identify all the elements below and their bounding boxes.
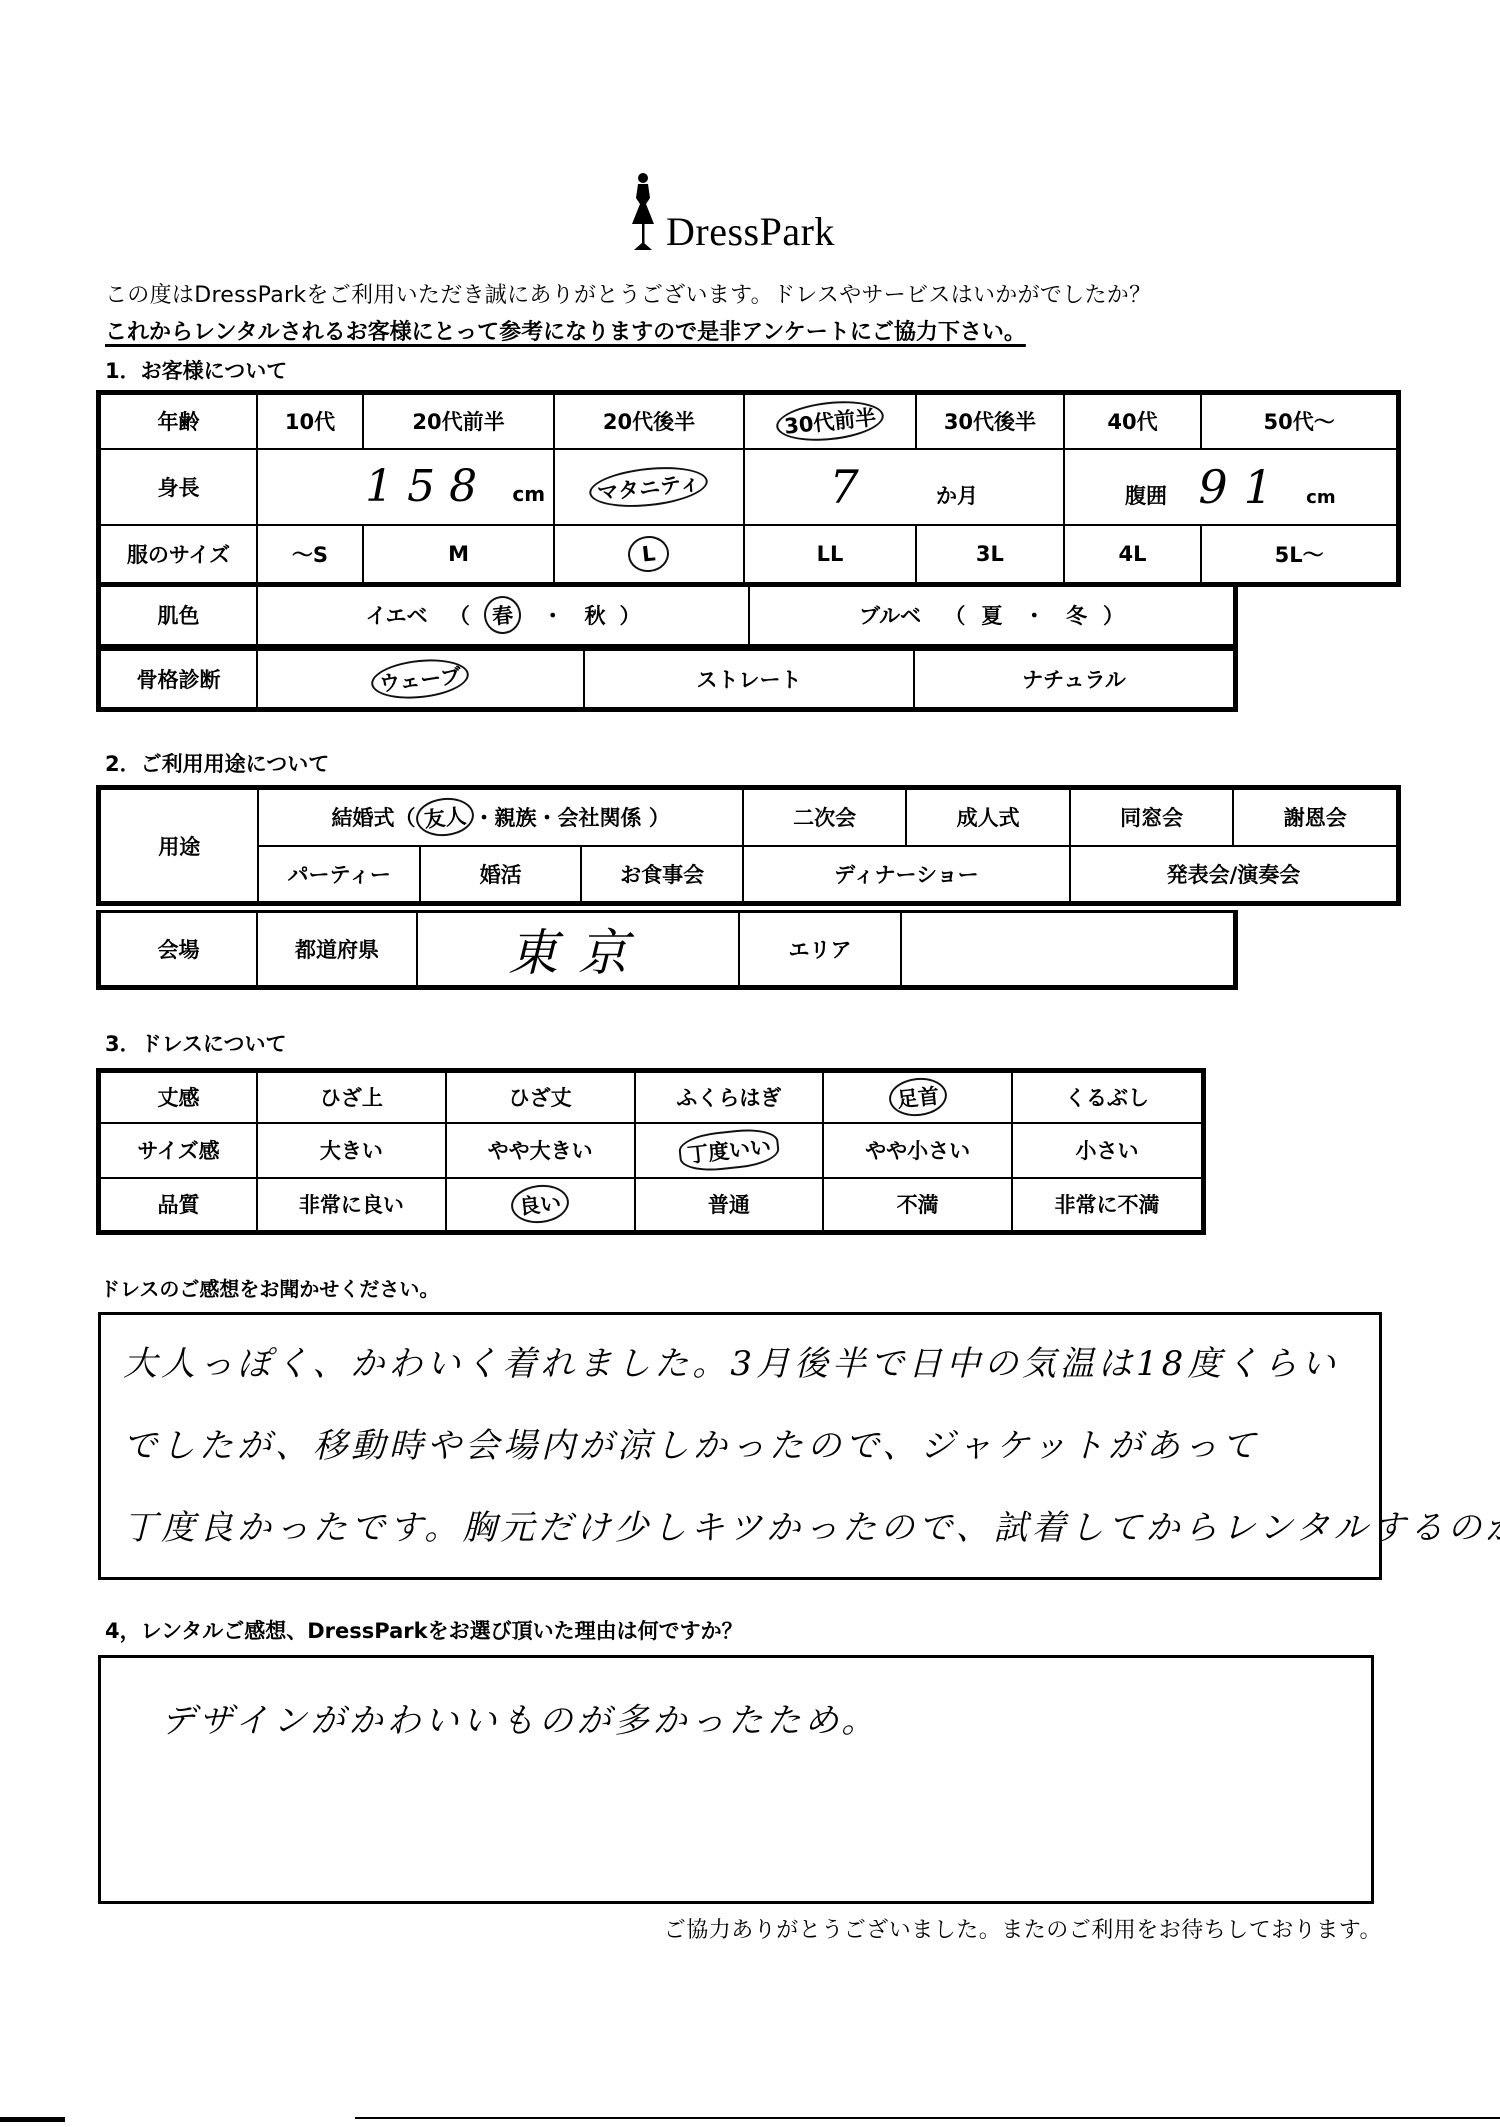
age-label: 年齢 bbox=[99, 393, 258, 449]
quality-option[interactable]: 普通 bbox=[635, 1178, 824, 1233]
size-option[interactable]: M bbox=[363, 525, 554, 585]
purpose-option[interactable]: パーティー bbox=[258, 846, 419, 904]
height-unit: cm bbox=[512, 482, 545, 506]
fit-option-selected[interactable]: 丁度いい bbox=[635, 1123, 824, 1178]
blue-base-field[interactable]: ブルベ （夏 ・ 冬） bbox=[749, 585, 1236, 647]
section2-title: 2．ご利用用途について bbox=[105, 748, 329, 778]
selected-circle: 友人 bbox=[414, 795, 476, 839]
skin-option-winter[interactable]: 冬 bbox=[1066, 604, 1087, 628]
dress-comment-box[interactable]: 大人っぽく、かわいく着れました。3月後半で日中の気温は18度くらい でしたが、移… bbox=[98, 1312, 1382, 1580]
brand-logo: DressPark bbox=[630, 172, 835, 252]
maternity-label: マタニティ bbox=[588, 461, 711, 511]
size-label: 服のサイズ bbox=[99, 525, 258, 585]
skeleton-option[interactable]: ナチュラル bbox=[914, 650, 1236, 710]
blue-base-label: ブルベ bbox=[859, 604, 921, 628]
height-label: 身長 bbox=[99, 449, 258, 525]
purpose-option[interactable]: 同窓会 bbox=[1070, 788, 1234, 846]
quality-option[interactable]: 非常に良い bbox=[257, 1178, 446, 1233]
fit-option[interactable]: やや小さい bbox=[823, 1123, 1012, 1178]
prefecture-label: 都道府県 bbox=[257, 912, 417, 988]
length-option[interactable]: ひざ上 bbox=[257, 1071, 446, 1123]
wedding-field[interactable]: 結婚式（友人・親族・会社関係 ） bbox=[258, 788, 742, 846]
selected-circle: ウェーブ bbox=[370, 655, 472, 703]
size-option[interactable]: 4L bbox=[1064, 525, 1202, 585]
intro-request: これからレンタルされるお客様にとって参考になりますので是非アンケートにご協力下さ… bbox=[105, 315, 1026, 346]
purpose-label: 用途 bbox=[99, 788, 259, 904]
selected-circle: 足首 bbox=[887, 1075, 949, 1119]
selected-circle: L bbox=[627, 534, 672, 574]
size-option[interactable]: ～S bbox=[257, 525, 363, 585]
maternity-option[interactable]: マタニティ bbox=[554, 449, 744, 525]
comment-prompt: ドレスのご感想をお聞かせください。 bbox=[100, 1273, 439, 1302]
length-option-selected[interactable]: 足首 bbox=[823, 1071, 1012, 1123]
dress-table: 丈感 ひざ上 ひざ丈 ふくらはぎ 足首 くるぶし サイズ感 大きい やや大きい … bbox=[96, 1068, 1206, 1235]
length-label: 丈感 bbox=[99, 1071, 258, 1123]
selected-circle: 丁度いい bbox=[677, 1126, 780, 1174]
closing-message: ご協力ありがとうございました。またのご利用をお待ちしております。 bbox=[664, 1913, 1382, 1944]
wedding-label: 結婚式 bbox=[332, 806, 395, 830]
skin-skeleton-table: 肌色 イエベ （春 ・ 秋） ブルベ （夏 ・ 冬） bbox=[96, 583, 1238, 649]
purpose-option[interactable]: 婚活 bbox=[420, 846, 581, 904]
size-option[interactable]: 3L bbox=[916, 525, 1063, 585]
quality-option[interactable]: 不満 bbox=[823, 1178, 1012, 1233]
length-option[interactable]: ひざ丈 bbox=[446, 1071, 635, 1123]
wedding-option[interactable]: 親族 bbox=[495, 806, 537, 830]
maternity-months-value: 7 bbox=[829, 460, 858, 514]
size-option[interactable]: 5L～ bbox=[1201, 525, 1398, 585]
length-option[interactable]: くるぶし bbox=[1012, 1071, 1203, 1123]
belly-field[interactable]: 腹囲 91 cm bbox=[1064, 449, 1399, 525]
length-option[interactable]: ふくらはぎ bbox=[635, 1071, 824, 1123]
comment-line: 大人っぽく、かわいく着れました。3月後半で日中の気温は18度くらい bbox=[123, 1323, 1365, 1405]
scan-artifact-line bbox=[0, 2117, 65, 2122]
months-unit: か月 bbox=[936, 484, 978, 508]
age-option[interactable]: 30代後半 bbox=[916, 393, 1063, 449]
fit-option[interactable]: やや大きい bbox=[446, 1123, 635, 1178]
purpose-option[interactable]: お食事会 bbox=[581, 846, 742, 904]
selected-circle: 春 bbox=[482, 594, 523, 636]
belly-value: 91 bbox=[1198, 460, 1289, 514]
purpose-option[interactable]: 成人式 bbox=[906, 788, 1070, 846]
quality-option-selected[interactable]: 良い bbox=[446, 1178, 635, 1233]
venue-label: 会場 bbox=[99, 912, 258, 988]
purpose-option[interactable]: 謝恩会 bbox=[1233, 788, 1398, 846]
purpose-option[interactable]: ディナーショー bbox=[743, 846, 1070, 904]
venue-table: 会場 都道府県 東京 エリア bbox=[96, 910, 1238, 990]
age-option[interactable]: 20代後半 bbox=[554, 393, 744, 449]
comment-line: 丁度良かったです。胸元だけ少しキツかったので、試着してからレンタルするのがいいで… bbox=[123, 1487, 1365, 1569]
area-label: エリア bbox=[739, 912, 901, 988]
section4-title: 4，レンタルご感想、DressParkをお選び頂いた理由は何ですか？ bbox=[105, 1615, 743, 1645]
area-field[interactable] bbox=[901, 912, 1236, 988]
size-option[interactable]: LL bbox=[744, 525, 916, 585]
section1-title: 1．お客様について bbox=[105, 355, 287, 385]
skeleton-option-selected[interactable]: ウェーブ bbox=[257, 650, 584, 710]
skeleton-table: 骨格診断 ウェーブ ストレート ナチュラル bbox=[96, 648, 1238, 712]
skin-label: 肌色 bbox=[99, 585, 258, 647]
prefecture-value: 東京 bbox=[508, 924, 648, 982]
yellow-base-label: イエベ bbox=[365, 604, 427, 628]
intro-text: この度はDressParkをご利用いただき誠にありがとうございます。ドレスやサー… bbox=[105, 278, 1151, 309]
quality-label: 品質 bbox=[99, 1178, 258, 1233]
usage-table: 用途 結婚式（友人・親族・会社関係 ） 二次会 成人式 同窓会 謝恩会 パーティ… bbox=[96, 785, 1401, 906]
belly-unit: cm bbox=[1306, 487, 1335, 508]
skin-option-autumn[interactable]: 秋 bbox=[585, 604, 606, 628]
fit-option[interactable]: 大きい bbox=[257, 1123, 446, 1178]
purpose-option[interactable]: 二次会 bbox=[743, 788, 907, 846]
selected-circle: 30代前半 bbox=[774, 397, 886, 446]
purpose-option[interactable]: 発表会/演奏会 bbox=[1070, 846, 1399, 904]
skeleton-label: 骨格診断 bbox=[99, 650, 258, 710]
dress-mannequin-icon bbox=[630, 172, 656, 252]
age-option[interactable]: 40代 bbox=[1064, 393, 1202, 449]
section3-title: 3．ドレスについて bbox=[105, 1028, 287, 1058]
reason-box[interactable]: デザインがかわいいものが多かったため。 bbox=[98, 1655, 1374, 1904]
fit-label: サイズ感 bbox=[99, 1123, 258, 1178]
age-option[interactable]: 50代～ bbox=[1201, 393, 1398, 449]
height-value: 158 bbox=[365, 461, 491, 512]
skeleton-option[interactable]: ストレート bbox=[584, 650, 914, 710]
fit-option[interactable]: 小さい bbox=[1012, 1123, 1203, 1178]
age-option[interactable]: 20代前半 bbox=[363, 393, 554, 449]
skin-option-summer[interactable]: 夏 bbox=[981, 604, 1002, 628]
belly-label: 腹囲 bbox=[1125, 484, 1167, 508]
yellow-base-field[interactable]: イエベ （春 ・ 秋） bbox=[257, 585, 749, 647]
maternity-months-field[interactable]: 7 か月 bbox=[744, 449, 1064, 525]
reason-answer: デザインがかわいいものが多かったため。 bbox=[101, 1658, 1371, 1762]
quality-option[interactable]: 非常に不満 bbox=[1012, 1178, 1203, 1233]
age-option-selected[interactable]: 30代前半 bbox=[744, 393, 916, 449]
size-option-selected[interactable]: L bbox=[554, 525, 744, 585]
scan-artifact-line bbox=[355, 2117, 1500, 2119]
comment-line: でしたが、移動時や会場内が涼しかったので、ジャケットがあって bbox=[123, 1405, 1365, 1487]
wedding-option[interactable]: 会社関係 bbox=[558, 806, 642, 830]
height-field[interactable]: 158 cm bbox=[257, 449, 554, 525]
brand-name: DressPark bbox=[666, 212, 835, 252]
selected-circle: 良い bbox=[509, 1182, 571, 1226]
customer-info-table: 年齢 10代 20代前半 20代後半 30代前半 30代後半 40代 50代～ … bbox=[96, 390, 1401, 587]
age-option[interactable]: 10代 bbox=[257, 393, 363, 449]
prefecture-field[interactable]: 東京 bbox=[417, 912, 739, 988]
